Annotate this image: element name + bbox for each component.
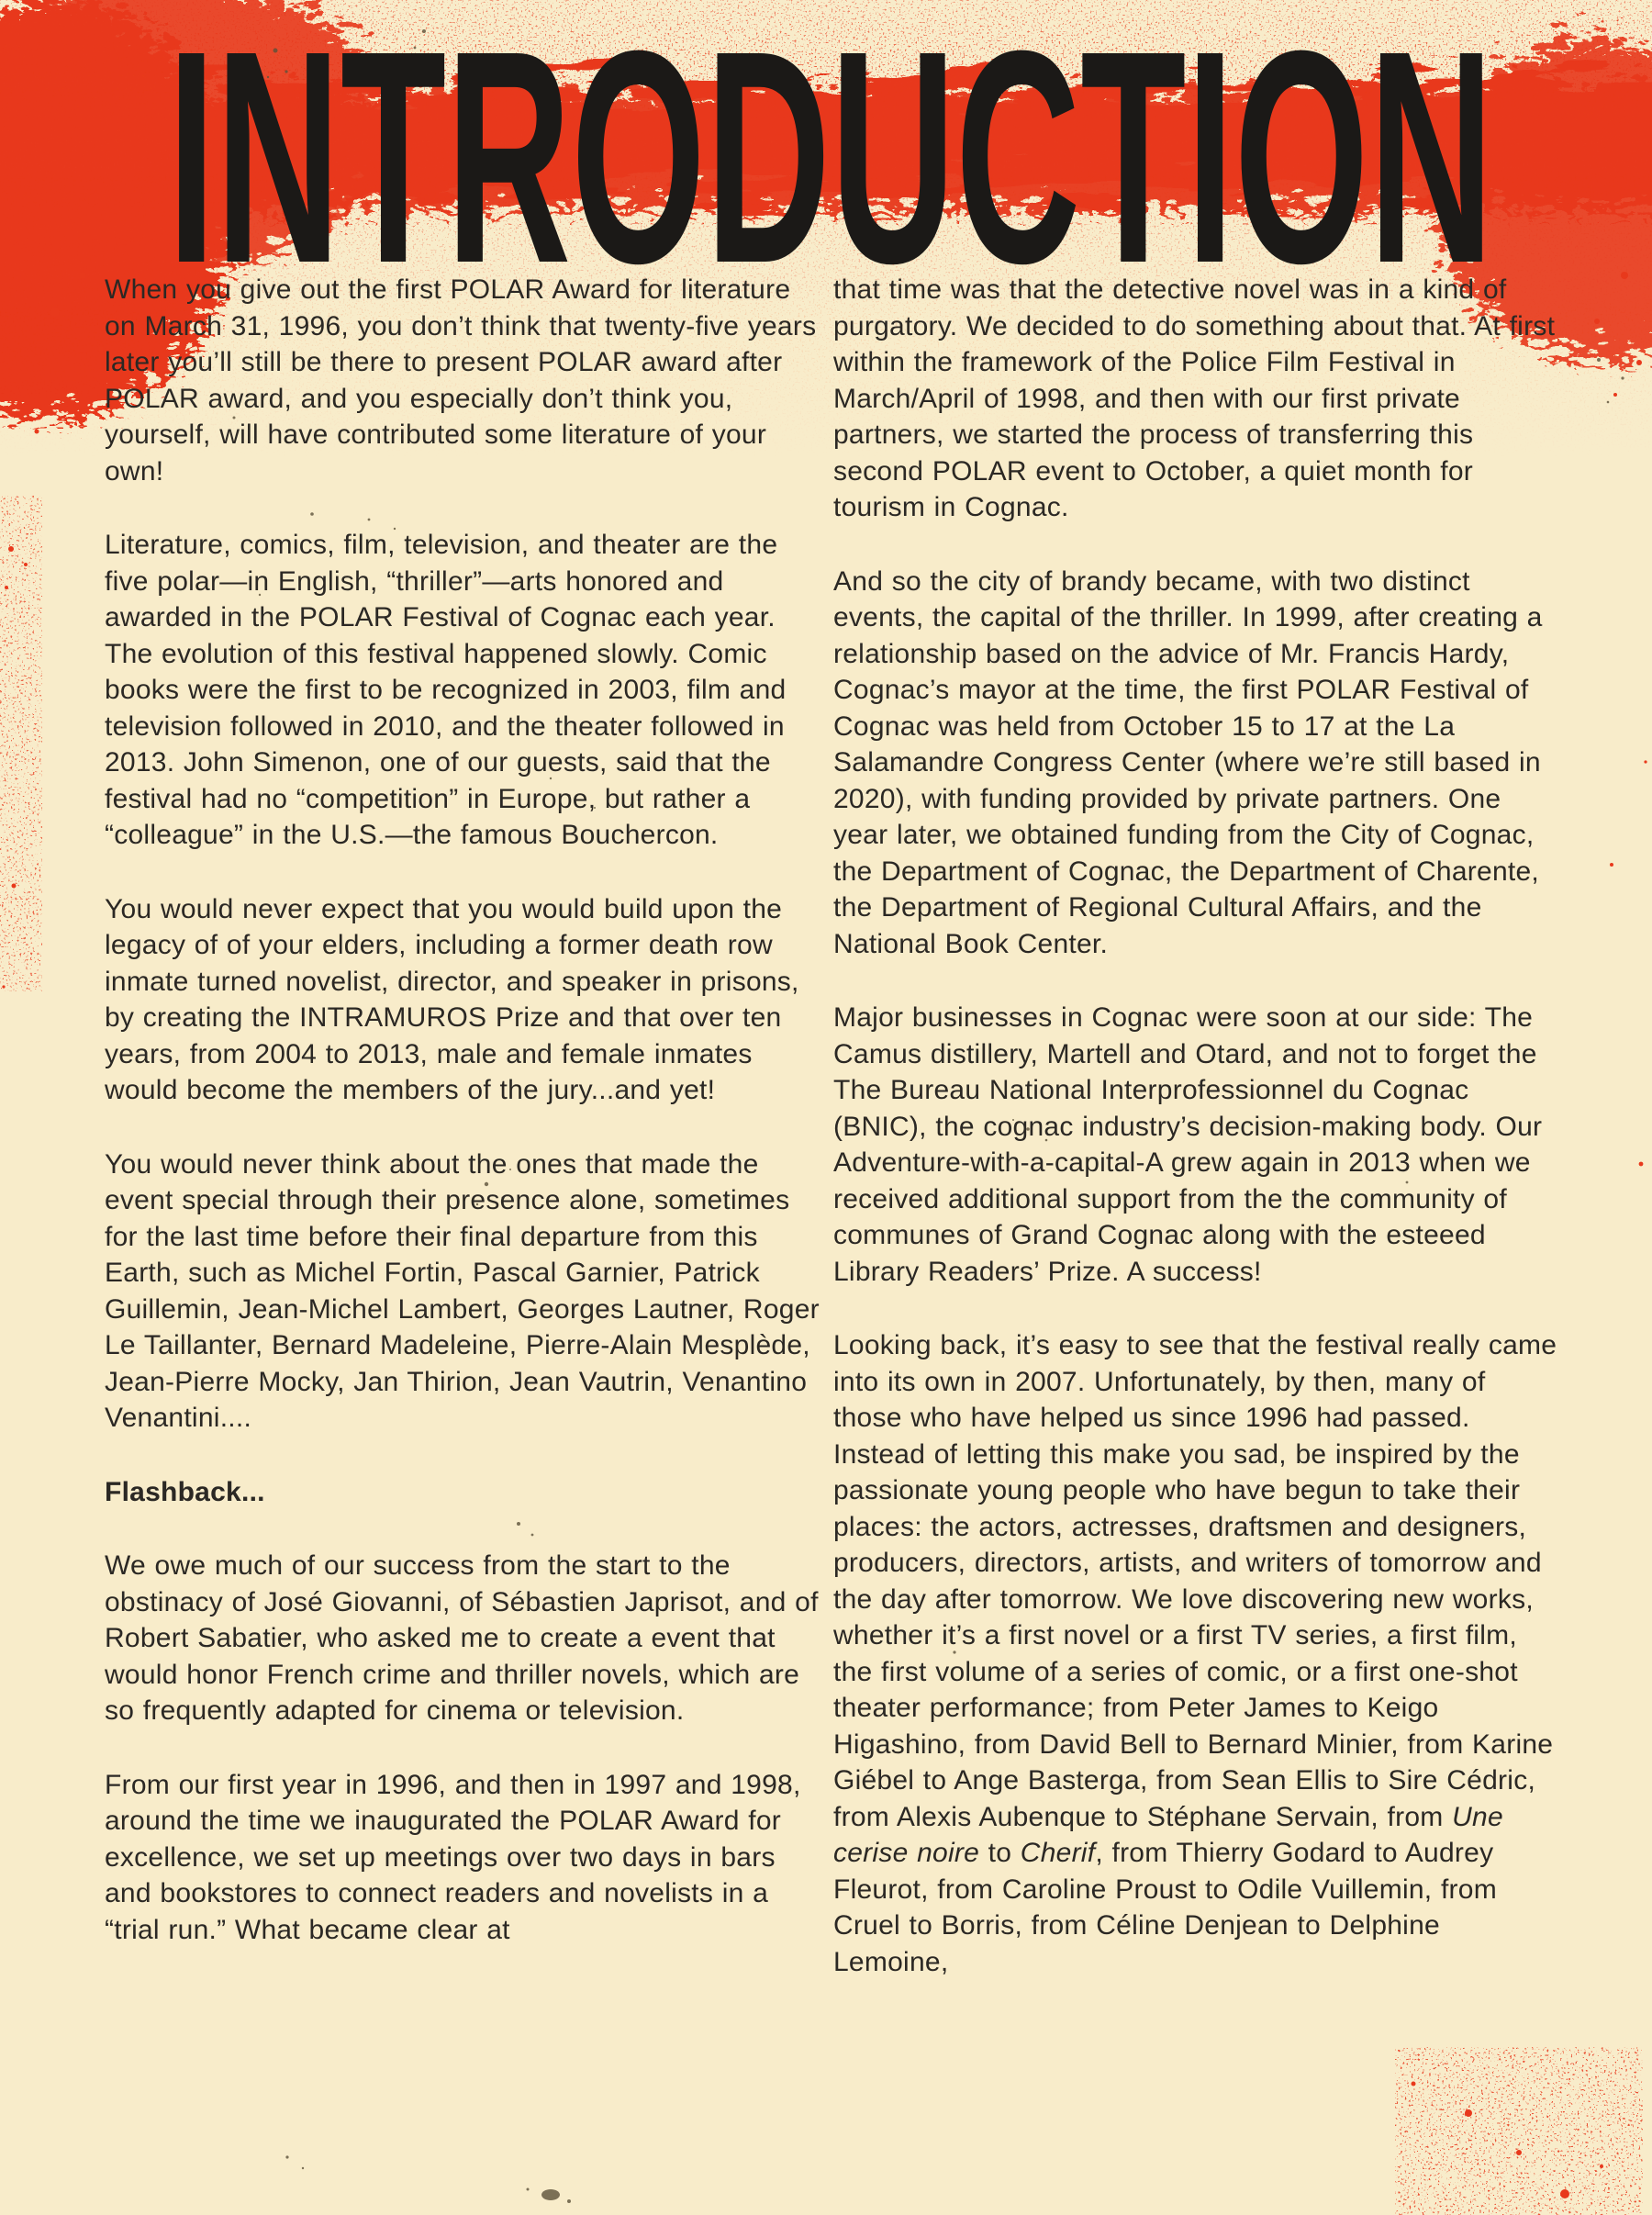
right-column: that time was that the detective novel w… <box>833 272 1558 1980</box>
book-title-cherif: Cherif <box>1021 1838 1096 1868</box>
paragraph-left-6: From our first year in 1996, and then in… <box>105 1767 820 1949</box>
left-column: When you give out the first POLAR Award … <box>105 272 820 1948</box>
paragraph-right-4-mid: to <box>979 1838 1021 1868</box>
paragraph-left-2: Literature, comics, film, television, an… <box>105 527 820 854</box>
paragraph-right-2: And so the city of brandy became, with t… <box>833 564 1558 963</box>
introduction-page: INTRODUCTION <box>0 0 1652 2215</box>
flashback-heading: Flashback... <box>105 1474 820 1511</box>
paragraph-right-4: Looking back, it’s easy to see that the … <box>833 1327 1558 1980</box>
paragraph-left-3: You would never expect that you would bu… <box>105 891 820 1109</box>
paragraph-right-1: that time was that the detective novel w… <box>833 272 1558 526</box>
paragraph-right-3: Major businesses in Cognac were soon at … <box>833 1000 1558 1290</box>
paragraph-right-4-text: Looking back, it’s easy to see that the … <box>833 1330 1557 1832</box>
paragraph-left-4: You would never think about the ones tha… <box>105 1147 820 1437</box>
paragraph-left-5: We owe much of our success from the star… <box>105 1548 820 1729</box>
paragraph-left-1: When you give out the first POLAR Award … <box>105 272 820 489</box>
